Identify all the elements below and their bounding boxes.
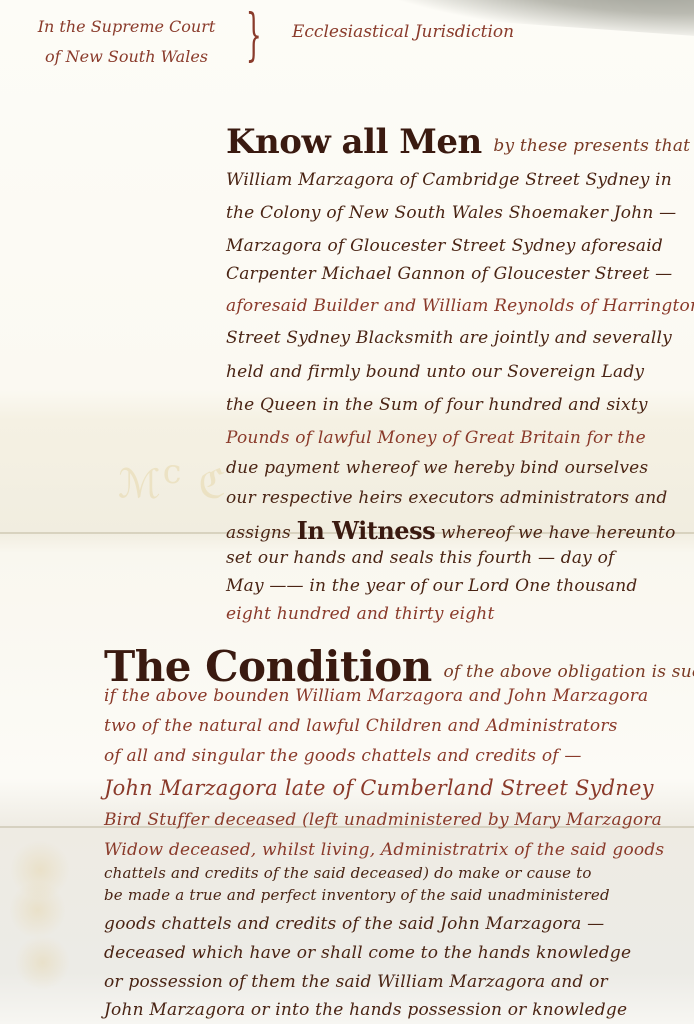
witness-text: whereof we have hereunto	[441, 523, 676, 543]
in-witness-heading: In Witness	[297, 516, 436, 545]
court-heading: In the Supreme Court of New South Wales	[14, 12, 239, 72]
condition-line: John Marzagora late of Cumberland Street…	[104, 776, 654, 800]
know-all-men-heading: Know all Men	[226, 122, 482, 162]
condition-line: John Marzagora or into the hands possess…	[104, 1000, 627, 1020]
bond-line: our respective heirs executors administr…	[226, 488, 668, 508]
condition-line: be made a true and perfect inventory of …	[104, 886, 610, 904]
bond-line: held and firmly bound unto our Sovereign…	[226, 362, 644, 382]
foxing-stain	[10, 880, 65, 940]
brace-glyph: }	[246, 8, 262, 64]
witness-line: May —— in the year of our Lord One thous…	[226, 576, 638, 596]
witness-prefix: assigns	[226, 523, 291, 543]
witness-line: set our hands and seals this fourth — da…	[226, 548, 615, 568]
bond-line: aforesaid Builder and William Reynolds o…	[226, 296, 694, 316]
bond-first-line: Know all Men by these presents that we	[226, 122, 694, 162]
condition-line: Widow deceased, whilst living, Administr…	[104, 840, 664, 860]
condition-line: two of the natural and lawful Children a…	[104, 716, 618, 736]
condition-line: if the above bounden William Marzagora a…	[104, 686, 648, 706]
witness-line: assigns In Witness whereof we have hereu…	[226, 516, 676, 545]
court-line-2: of New South Wales	[14, 42, 239, 72]
the-condition-heading: The Condition	[104, 642, 432, 691]
condition-line: of all and singular the goods chattels a…	[104, 746, 582, 766]
bond-line: Pounds of lawful Money of Great Britain …	[226, 428, 646, 448]
bond-line: the Colony of New South Wales Shoemaker …	[226, 203, 676, 223]
bleed-through-watermark: ℳc ℭ	[118, 452, 228, 507]
condition-line: of the above obligation is such that	[443, 662, 694, 682]
bond-line: due payment whereof we hereby bind ourse…	[226, 458, 648, 478]
foxing-stain	[15, 935, 70, 990]
condition-line: goods chattels and credits of the said J…	[104, 914, 604, 934]
condition-line: Bird Stuffer deceased (left unadminister…	[104, 810, 662, 830]
court-line-1: In the Supreme Court	[14, 12, 239, 42]
bond-line: William Marzagora of Cambridge Street Sy…	[226, 170, 672, 190]
condition-first-line: The Condition of the above obligation is…	[104, 642, 694, 691]
bond-line: Street Sydney Blacksmith are jointly and…	[226, 328, 672, 348]
bond-line: Marzagora of Gloucester Street Sydney af…	[226, 236, 663, 256]
jurisdiction-heading: Ecclesiastical Jurisdiction	[292, 22, 514, 42]
bond-line: by these presents that we	[493, 136, 694, 156]
condition-line: chattels and credits of the said decease…	[104, 864, 592, 882]
condition-line: deceased which have or shall come to the…	[104, 943, 631, 963]
witness-line: eight hundred and thirty eight	[226, 604, 494, 624]
bond-line: Carpenter Michael Gannon of Gloucester S…	[226, 264, 672, 284]
condition-line: or possession of them the said William M…	[104, 972, 608, 992]
bond-line: the Queen in the Sum of four hundred and…	[226, 395, 648, 415]
